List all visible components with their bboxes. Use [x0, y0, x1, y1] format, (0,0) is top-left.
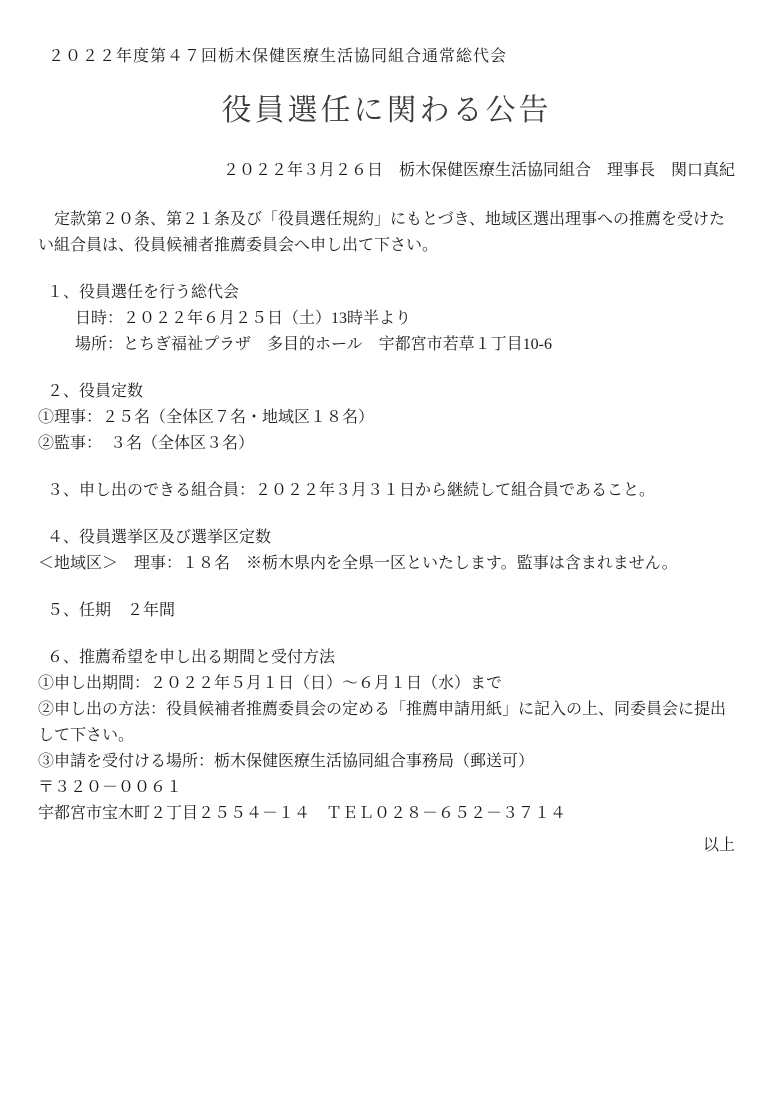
section-1-venue-line: 場所：とちぎ福祉プラザ 多目的ホール 宇都宮市若草１丁目10-6 [38, 332, 735, 358]
section-term: ５、任期 ２年間 [38, 598, 735, 624]
page-title: 役員選任に関わる公告 [38, 92, 735, 130]
intro-paragraph: 定款第２０条、第２１条及び「役員選任規約」にもとづき、地域区選出理事への推薦を受… [38, 207, 735, 259]
section-3-heading: ３、申し出のできる組合員：２０２２年３月３１日から継続して組合員であること。 [38, 478, 735, 504]
closing-ijou: 以上 [38, 833, 735, 859]
section-eligible-members: ３、申し出のできる組合員：２０２２年３月３１日から継続して組合員であること。 [38, 478, 735, 504]
section-general-meeting: １、役員選任を行う総代会 日時：２０２２年６月２５日（土）13時半より 場所：と… [38, 280, 735, 358]
section-5-heading: ５、任期 ２年間 [38, 598, 735, 624]
section-6-period-line: ①申し出期間：２０２２年５月１日（日）～６月１日（水）まで [38, 671, 735, 697]
section-6-method-line: ②申し出の方法：役員候補者推薦委員会の定める「推薦申請用紙」に記入の上、同委員会… [38, 697, 735, 749]
section-6-heading: ６、推薦希望を申し出る期間と受付方法 [38, 645, 735, 671]
section-2-heading: ２、役員定数 [38, 379, 735, 405]
section-application-procedure: ６、推薦希望を申し出る期間と受付方法 ①申し出期間：２０２２年５月１日（日）～６… [38, 645, 735, 827]
address-tel-line: 宇都宮市宝木町２丁目２５５４－１４ ＴＥＬ０２８－６５２－３７１４ [38, 801, 735, 827]
meeting-header: ２０２２年度第４７回栃木保健医療生活協同組合通常総代会 [38, 44, 735, 70]
section-4-district-line: ＜地域区＞ 理事：１８名 ※栃木県内を全県一区といたします。監事は含まれません。 [38, 551, 735, 577]
section-electoral-districts: ４、役員選挙区及び選挙区定数 ＜地域区＞ 理事：１８名 ※栃木県内を全県一区とい… [38, 525, 735, 577]
section-1-heading: １、役員選任を行う総代会 [38, 280, 735, 306]
document-page: ２０２２年度第４７回栃木保健医療生活協同組合通常総代会 役員選任に関わる公告 ２… [0, 0, 780, 1102]
section-4-heading: ４、役員選挙区及び選挙区定数 [38, 525, 735, 551]
section-6-place-line: ③申請を受付ける場所：栃木保健医療生活協同組合事務局（郵送可） [38, 749, 735, 775]
section-officer-quota: ２、役員定数 ①理事：２５名（全体区７名・地域区１８名） ②監事： ３名（全体区… [38, 379, 735, 457]
section-2-directors-line: ①理事：２５名（全体区７名・地域区１８名） [38, 405, 735, 431]
section-1-datetime-line: 日時：２０２２年６月２５日（土）13時半より [38, 306, 735, 332]
postal-code-line: 〒３２０－００６１ [38, 775, 735, 801]
section-2-auditors-line: ②監事： ３名（全体区３名） [38, 431, 735, 457]
date-signature-line: ２０２２年３月２６日 栃木保健医療生活協同組合 理事長 関口真紀 [38, 158, 735, 184]
